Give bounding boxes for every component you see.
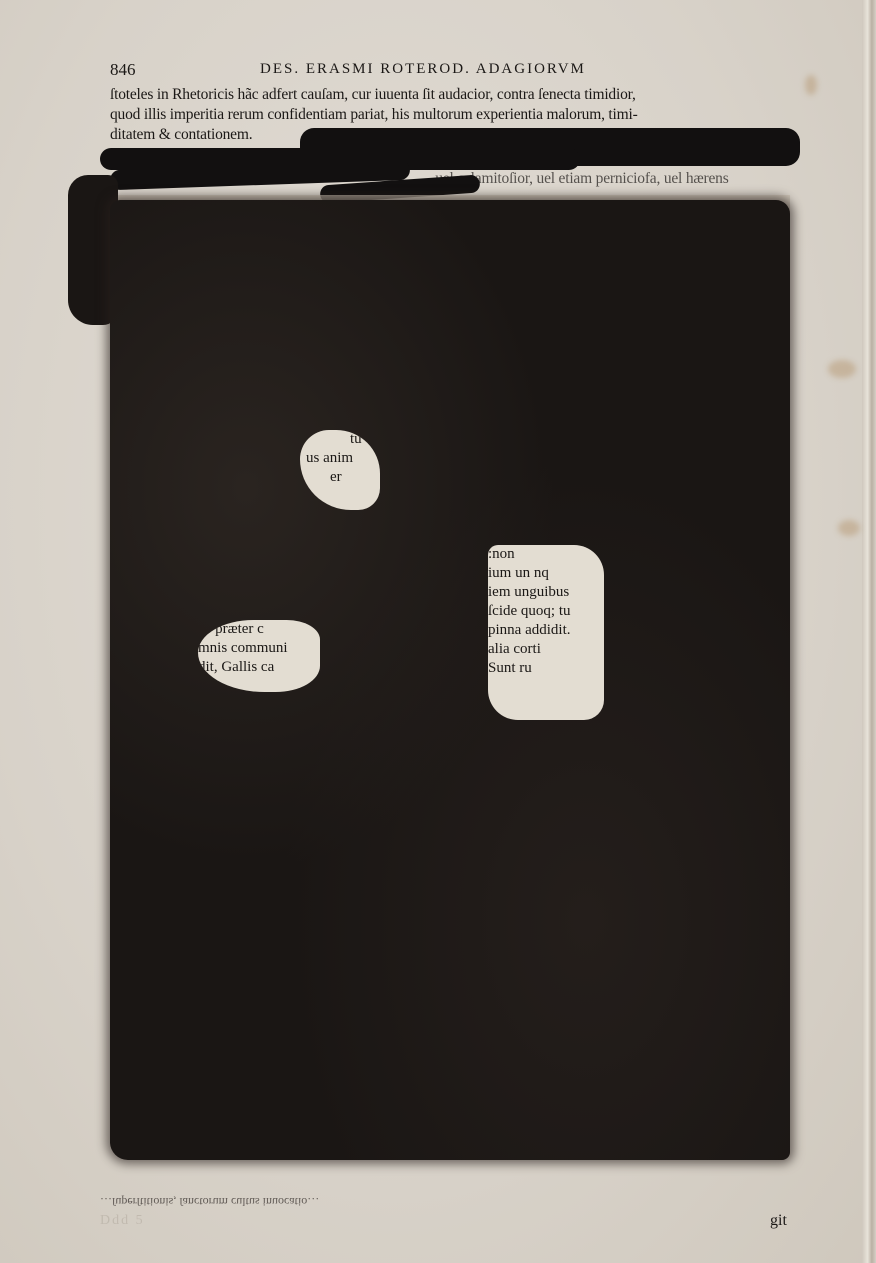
page-edge (862, 0, 876, 1263)
page-header: 846 DES. ERASMI ROTEROD. ADAGIORVM (110, 60, 780, 86)
text-line: ditatem & contationem. (110, 126, 252, 144)
signature-mark: Ddd 5 (100, 1213, 145, 1229)
ink-blackout (110, 200, 790, 1160)
foxing-stain (838, 520, 860, 536)
page-number: 846 (110, 60, 136, 80)
running-title: DES. ERASMI ROTEROD. ADAGIORVM (260, 61, 586, 78)
text-line: quod illis imperitia rerum confidentiam … (110, 106, 638, 124)
catchword: git (770, 1212, 787, 1230)
text-line: ſtoteles in Rhetoricis hãc adfert cauſam… (110, 86, 636, 104)
foxing-stain (805, 75, 817, 95)
foxing-stain (828, 360, 856, 378)
book-page: 846 DES. ERASMI ROTEROD. ADAGIORVM ſtote… (0, 0, 876, 1263)
fragment-right: :non ium un nq iem unguibus ſcide quoq; … (488, 545, 604, 720)
mirrored-text-line: …ſuperſtitionis, ſanctorum cultus inuoca… (100, 1195, 760, 1209)
